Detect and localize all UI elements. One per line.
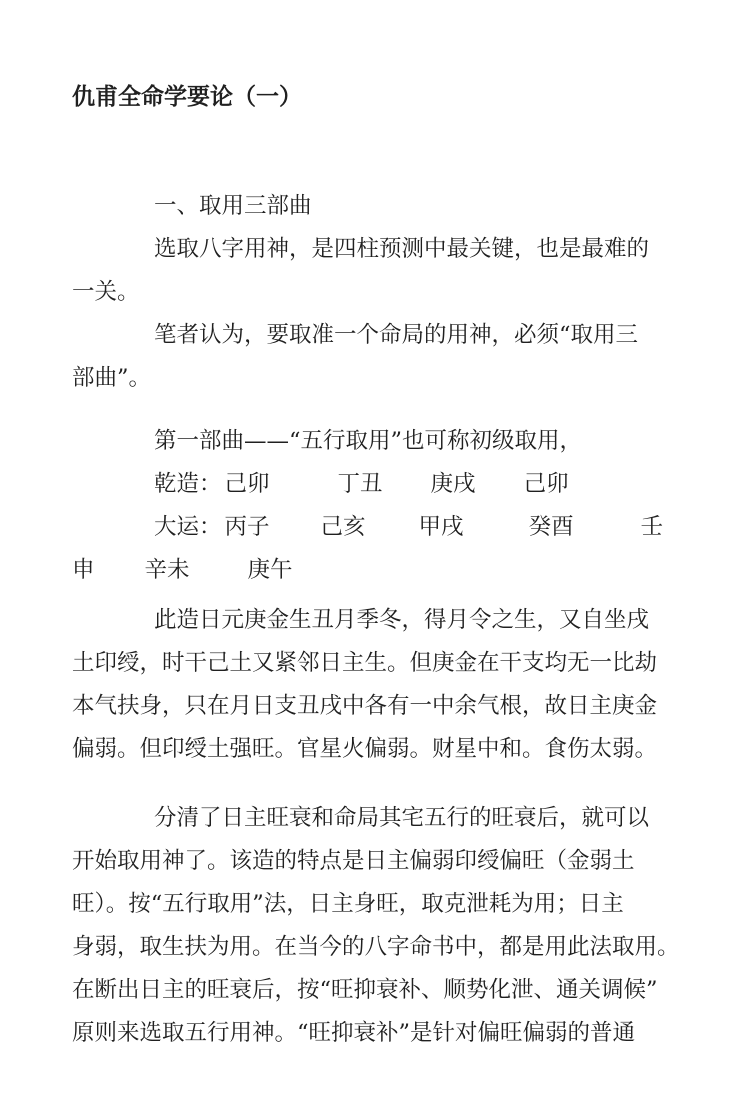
- pillar: 己卯: [524, 463, 569, 506]
- pillar: 壬: [641, 506, 664, 549]
- text-line: 原则来选取五行用神。“旺抑衰补”是针对偏旺偏弱的普通: [72, 1012, 714, 1055]
- text-line: 选取八字用神，是四柱预测中最关键，也是最难的: [72, 228, 714, 271]
- dayun-row-1: 大运：丙子己亥甲戌癸酉壬: [72, 506, 714, 549]
- text-line: 一关。: [72, 271, 714, 314]
- qianzao-row: 乾造：己卯丁丑庚戌己卯: [72, 463, 714, 506]
- text-line: 部曲”。: [72, 357, 714, 400]
- text-line: 此造日元庚金生丑月季冬，得月令之生，又自坐戌: [72, 599, 714, 642]
- document-content: 仇甫全命学要论（一） 一、取用三部曲 选取八字用神，是四柱预测中最关键，也是最难…: [0, 0, 734, 1055]
- text-line: 在断出日主的旺衰后，按“旺抑衰补、顺势化泄、通关调候”: [72, 969, 714, 1012]
- text-line: 笔者认为，要取准一个命局的用神，必须“取用三: [72, 314, 714, 357]
- section-heading: 一、取用三部曲: [72, 185, 714, 228]
- text-line: 身弱，取生扶为用。在当今的八字命书中，都是用此法取用。: [72, 926, 714, 969]
- dayun-row-2: 申辛未庚午: [72, 549, 714, 592]
- text-line: 第一部曲——“五行取用”也可称初级取用，: [72, 420, 714, 463]
- pillar: 丁丑: [338, 463, 383, 506]
- pillar: 己卯: [225, 463, 270, 506]
- text-line: 开始取用神了。该造的特点是日主偏弱印绶偏旺（金弱土: [72, 840, 714, 883]
- pillar: 癸酉: [529, 506, 574, 549]
- pillar: 丙子: [225, 506, 270, 549]
- pillar: 辛未: [145, 549, 190, 592]
- qianzao-label: 乾造：: [154, 463, 222, 506]
- text-line: 偏弱。但印绶土强旺。官星火偏弱。财星中和。食伤太弱。: [72, 728, 714, 771]
- pillar: 己亥: [321, 506, 366, 549]
- pillar: 庚午: [248, 549, 293, 592]
- text-line: 土印绶，时干己土又紧邻日主生。但庚金在干支均无一比劫: [72, 642, 714, 685]
- text-line: 本气扶身，只在月日支丑戌中各有一中余气根，故日主庚金: [72, 685, 714, 728]
- text-line: 旺）。按“五行取用”法，日主身旺，取克泄耗为用；日主: [72, 883, 714, 926]
- text-line: 分清了日主旺衰和命局其宅五行的旺衰后，就可以: [72, 797, 714, 840]
- pillar: 申: [72, 549, 95, 592]
- document-page: 仇甫全命学要论（一） 一、取用三部曲 选取八字用神，是四柱预测中最关键，也是最难…: [0, 0, 734, 1101]
- dayun-label: 大运：: [154, 506, 222, 549]
- document-title: 仇甫全命学要论（一）: [72, 0, 714, 118]
- pillar: 甲戌: [419, 506, 464, 549]
- pillar: 庚戌: [431, 463, 476, 506]
